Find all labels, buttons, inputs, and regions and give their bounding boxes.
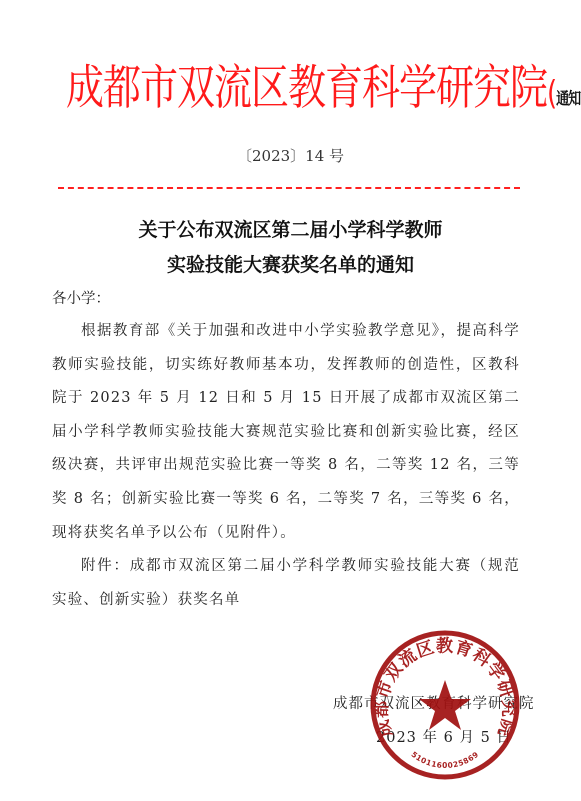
svg-text:5101160025869: 5101160025869 (410, 750, 481, 770)
attachment-paragraph: 附件：成都市双流区第二届小学科学教师实验技能大赛（规范实验、创新实验）获奖名单 (52, 550, 520, 617)
masthead: 成都市双流区教育科学研究院(通知) (66, 50, 581, 138)
body-paragraph: 根据教育部《关于加强和改进中小学实验教学意见》，提高科学教师实验技能，切实练好教… (52, 315, 520, 550)
masthead-doc-type: 通知 (556, 90, 580, 109)
red-dashed-separator (58, 187, 520, 189)
notice-title-line-1: 关于公布双流区第二届小学科学教师 (0, 215, 581, 242)
official-seal-icon: 成都市双流区教育科学研究院 5101160025869 (368, 628, 522, 782)
masthead-paren-open: ( (547, 75, 556, 113)
masthead-org-name: 成都市双流区教育科学研究院 (66, 60, 547, 115)
seal-code: 5101160025869 (410, 750, 481, 770)
notice-title-line-2: 实验技能大赛获奖名单的通知 (0, 250, 581, 277)
document-number: 〔2023〕14 号 (0, 145, 581, 166)
salutation: 各小学： (52, 287, 110, 308)
